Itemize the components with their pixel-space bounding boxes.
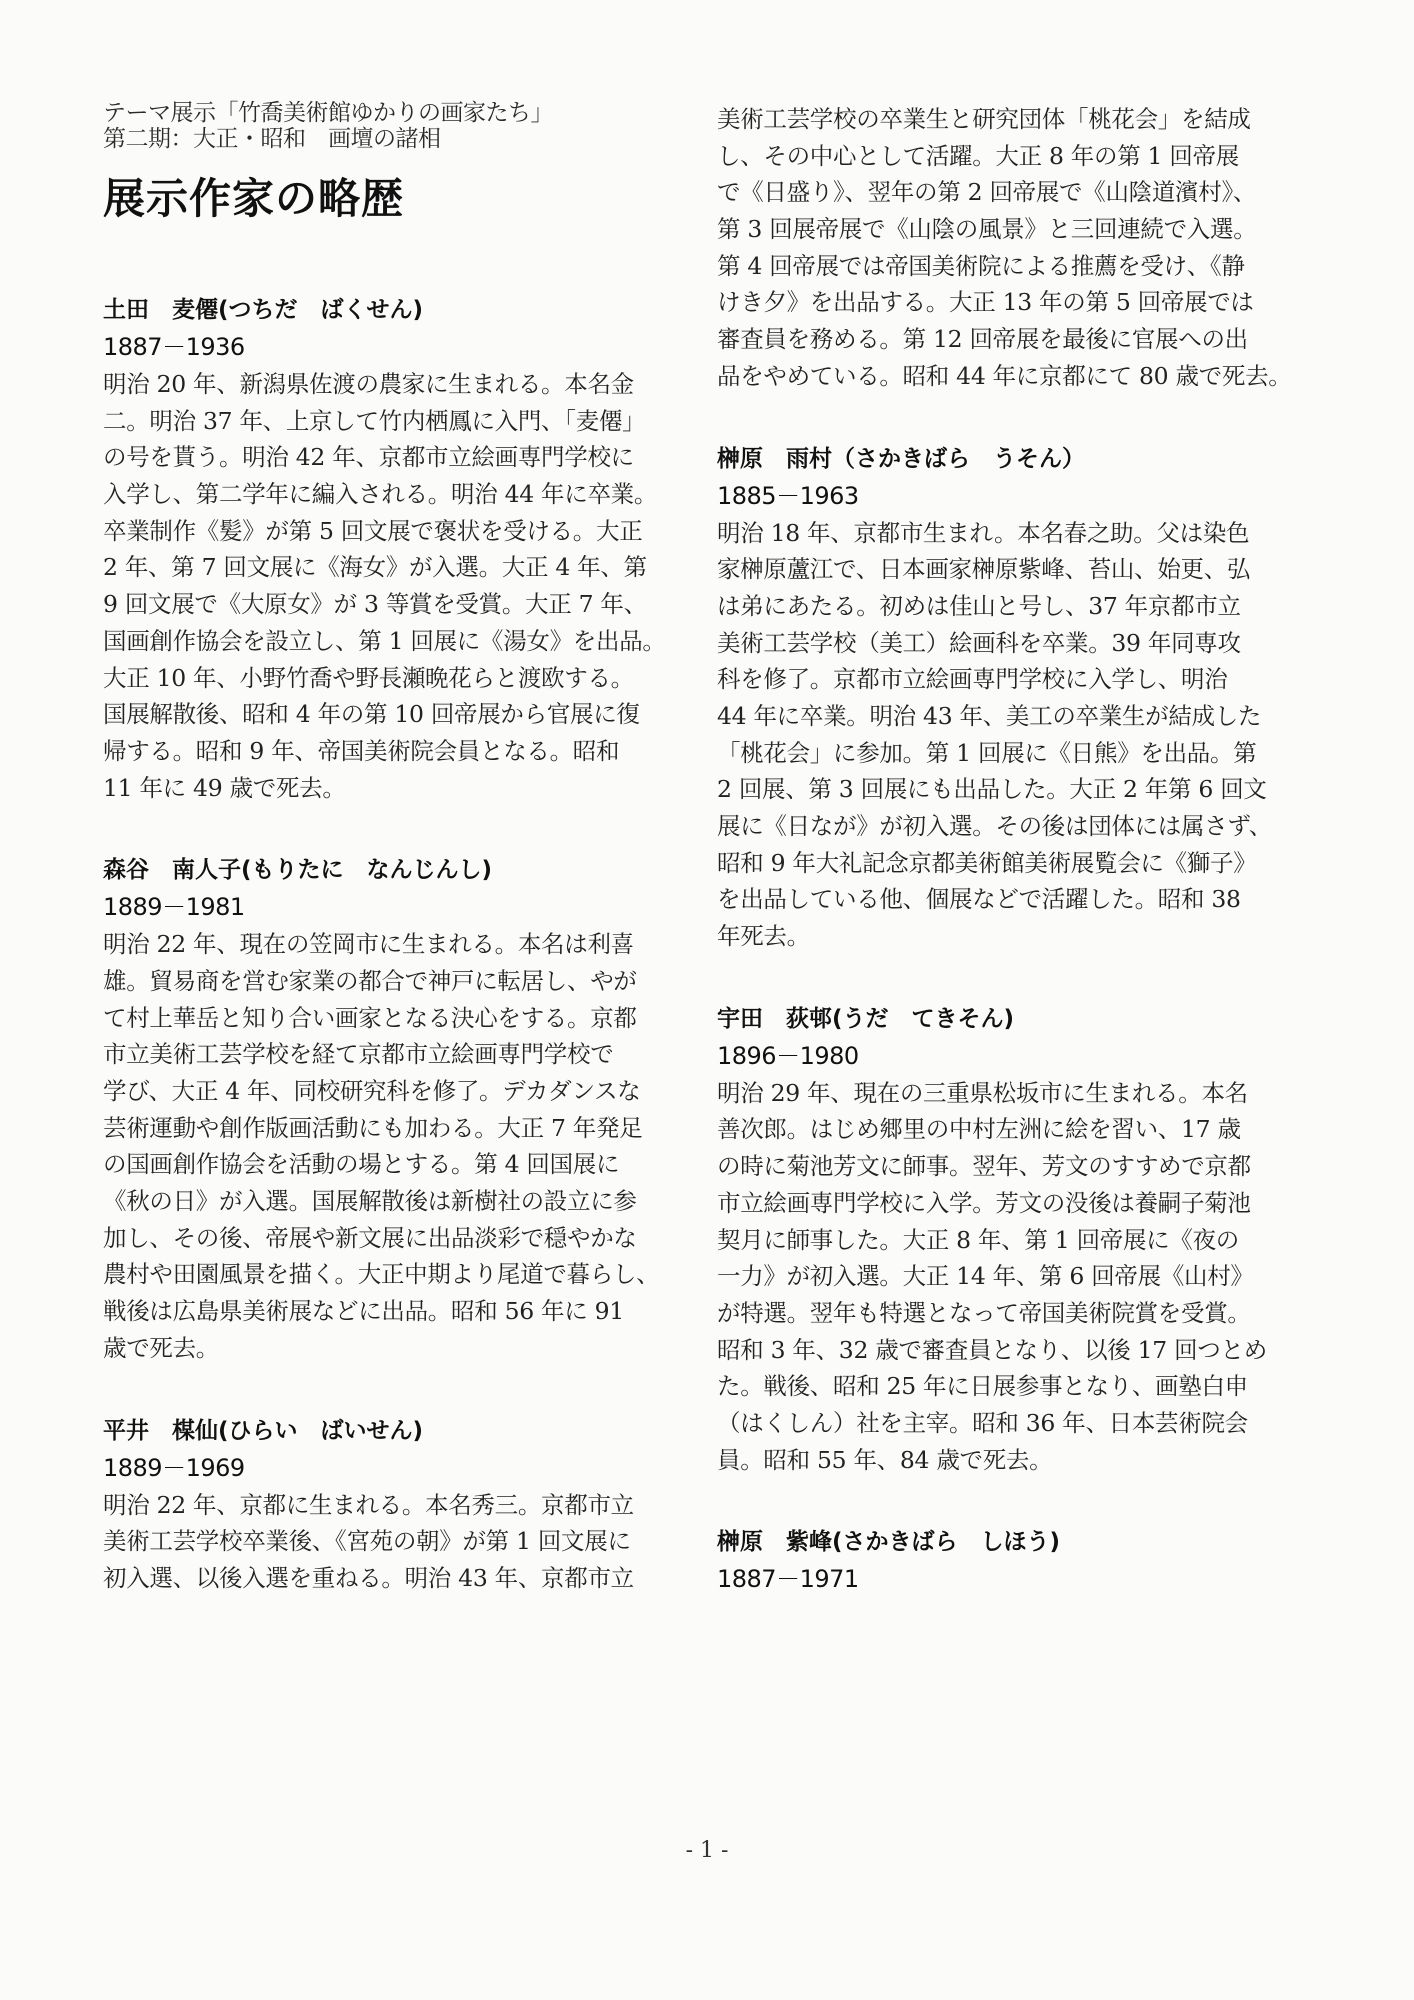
right-column: 美術工芸学校の卒業生と研究団体「桃花会」を結成 し、その中心として活躍。大正 8… [717,101,1317,1644]
artist-name: 平井 楳仙(ひらい ばいせん) [103,1413,703,1450]
bio-line: 家榊原蘆江で、日本画家榊原紫峰、苔山、始更、弘 [717,551,1317,588]
artist-bio: 明治 20 年、新潟県佐渡の農家に生まれる。本名金 二。明治 37 年、上京して… [103,366,703,806]
bio-line: 44 年に卒業。明治 43 年、美工の卒業生が結成した [717,698,1317,735]
bio-line: 帰する。昭和 9 年、帝国美術院会員となる。昭和 [103,733,703,770]
bio-line: 9 回文展で《大原女》が 3 等賞を受賞。大正 7 年、 [103,586,703,623]
bio-line: の国画創作協会を活動の場とする。第 4 回国展に [103,1146,703,1183]
bio-line: 11 年に 49 歳で死去。 [103,770,703,807]
artist-name: 宇田 荻邨(うだ てきそん) [717,1001,1317,1038]
artist-entry: 榊原 紫峰(さかきばら しほう) 1887－1971 [717,1524,1317,1598]
bio-line: 卒業制作《髪》が第 5 回文展で褒状を受ける。大正 [103,513,703,550]
bio-line: を出品している他、個展などで活躍した。昭和 38 [717,881,1317,918]
bio-line: 科を修了。京都市立絵画専門学校に入学し、明治 [717,661,1317,698]
bio-line: 市立美術工芸学校を経て京都市立絵画専門学校で [103,1036,703,1073]
artist-years: 1887－1936 [103,329,703,366]
bio-line: 大正 10 年、小野竹喬や野長瀬晩花らと渡欧する。 [103,660,703,697]
bio-line: 昭和 9 年大礼記念京都美術館美術展覧会に《獅子》 [717,845,1317,882]
bio-line: 戦後は広島県美術展などに出品。昭和 56 年に 91 [103,1293,703,1330]
artist-entry: 榊原 雨村（さかきばら うそん） 1885－1963 明治 18 年、京都市生ま… [717,441,1317,955]
artist-bio: 明治 18 年、京都市生まれ。本名春之助。父は染色 家榊原蘆江で、日本画家榊原紫… [717,515,1317,955]
artist-name: 森谷 南人子(もりたに なんじんし) [103,852,703,889]
left-column: 土田 麦僊(つちだ ばくせん) 1887－1936 明治 20 年、新潟県佐渡の… [103,292,703,1643]
bio-line: 明治 20 年、新潟県佐渡の農家に生まれる。本名金 [103,366,703,403]
bio-line: （はくしん）社を主宰。昭和 36 年、日本芸術院会 [717,1405,1317,1442]
artist-bio: 明治 22 年、京都に生まれる。本名秀三。京都市立 美術工芸学校卒業後、《宮苑の… [103,1487,703,1597]
bio-line: の時に菊池芳文に師事。翌年、芳文のすすめで京都 [717,1148,1317,1185]
bio-line: 昭和 3 年、32 歳で審査員となり、以後 17 回つとめ [717,1332,1317,1369]
bio-line: 市立絵画専門学校に入学。芳文の没後は養嗣子菊池 [717,1185,1317,1222]
bio-line: 歳で死去。 [103,1330,703,1367]
bio-line: が特選。翌年も特選となって帝国美術院賞を受賞。 [717,1295,1317,1332]
bio-line: 加し、その後、帝展や新文展に出品淡彩で穏やかな [103,1220,703,1257]
bio-line: 美術工芸学校（美工）絵画科を卒業。39 年同専攻 [717,625,1317,662]
artist-bio: 明治 29 年、現在の三重県松坂市に生まれる。本名 善次郎。はじめ郷里の中村左洲… [717,1075,1317,1479]
bio-line: た。戦後、昭和 25 年に日展参事となり、画塾白申 [717,1368,1317,1405]
bio-line: 明治 18 年、京都市生まれ。本名春之助。父は染色 [717,515,1317,552]
bio-line: 学び、大正 4 年、同校研究科を修了。デカダンスな [103,1073,703,1110]
bio-line: 善次郎。はじめ郷里の中村左洲に絵を習い、17 歳 [717,1111,1317,1148]
bio-line: 審査員を務める。第 12 回帝展を最後に官展への出 [717,321,1317,358]
bio-line: 芸術運動や創作版画活動にも加わる。大正 7 年発足 [103,1110,703,1147]
bio-line: 美術工芸学校卒業後、《宮苑の朝》が第 1 回文展に [103,1523,703,1560]
bio-line: で《日盛り》、翌年の第 2 回帝展で《山陰道濱村》、 [717,174,1317,211]
artist-entry: 森谷 南人子(もりたに なんじんし) 1889－1981 明治 22 年、現在の… [103,852,703,1366]
artist-name: 榊原 紫峰(さかきばら しほう) [717,1524,1317,1561]
document-page: テーマ展示「竹喬美術館ゆかりの画家たち」 第二期：大正・昭和 画壇の諸相 展示作… [0,0,1414,2000]
bio-line: し、その中心として活躍。大正 8 年の第 1 回帝展 [717,138,1317,175]
bio-line: 員。昭和 55 年、84 歳で死去。 [717,1442,1317,1479]
bio-line: 第 3 回展帝展で《山陰の風景》と三回連続で入選。 [717,211,1317,248]
artist-years: 1889－1981 [103,889,703,926]
bio-line: 《秋の日》が入選。国展解散後は新樹社の設立に参 [103,1183,703,1220]
bio-line: 明治 29 年、現在の三重県松坂市に生まれる。本名 [717,1075,1317,1112]
page-title: 展示作家の略歴 [103,174,703,224]
page-header: テーマ展示「竹喬美術館ゆかりの画家たち」 第二期：大正・昭和 画壇の諸相 展示作… [103,100,703,224]
artist-entry: 宇田 荻邨(うだ てきそん) 1896－1980 明治 29 年、現在の三重県松… [717,1001,1317,1479]
bio-line: て村上華岳と知り合い画家となる決心をする。京都 [103,1000,703,1037]
bio-line: 国展解散後、昭和 4 年の第 10 回帝展から官展に復 [103,696,703,733]
bio-line: 農村や田園風景を描く。大正中期より尾道で暮らし、 [103,1256,703,1293]
bio-line: 初入選、以後入選を重ねる。明治 43 年、京都市立 [103,1560,703,1597]
bio-line: 契月に師事した。大正 8 年、第 1 回帝展に《夜の [717,1222,1317,1259]
bio-line: 第 4 回帝展では帝国美術院による推薦を受け、《静 [717,248,1317,285]
bio-line: 展に《日なが》が初入選。その後は団体には属さず、 [717,808,1317,845]
bio-line: 一力》が初入選。大正 14 年、第 6 回帝展《山村》 [717,1258,1317,1295]
bio-line: 2 回展、第 3 回展にも出品した。大正 2 年第 6 回文 [717,771,1317,808]
bio-line: の号を貰う。明治 42 年、京都市立絵画専門学校に [103,439,703,476]
artist-entry: 平井 楳仙(ひらい ばいせん) 1889－1969 明治 22 年、京都に生まれ… [103,1413,703,1597]
artist-entry: 土田 麦僊(つちだ ばくせん) 1887－1936 明治 20 年、新潟県佐渡の… [103,292,703,806]
bio-line: 国画創作協会を設立し、第 1 回展に《湯女》を出品。 [103,623,703,660]
exhibition-title: テーマ展示「竹喬美術館ゆかりの画家たち」 [103,100,703,126]
bio-line: 年死去。 [717,918,1317,955]
artist-bio: 明治 22 年、現在の笠岡市に生まれる。本名は利喜 雄。貿易商を営む家業の都合で… [103,926,703,1366]
artist-years: 1889－1969 [103,1450,703,1487]
bio-line: 2 年、第 7 回文展に《海女》が入選。大正 4 年、第 [103,549,703,586]
bio-line: 「桃花会」に参加。第 1 回展に《日熊》を出品。第 [717,735,1317,772]
bio-line: 二。明治 37 年、上京して竹内栖鳳に入門、「麦僊」 [103,403,703,440]
bio-line: 明治 22 年、現在の笠岡市に生まれる。本名は利喜 [103,926,703,963]
artist-name: 榊原 雨村（さかきばら うそん） [717,441,1317,478]
artist-name: 土田 麦僊(つちだ ばくせん) [103,292,703,329]
exhibition-period: 第二期：大正・昭和 画壇の諸相 [103,126,703,152]
bio-line: 雄。貿易商を営む家業の都合で神戸に転居し、やが [103,963,703,1000]
artist-bio-continuation: 美術工芸学校の卒業生と研究団体「桃花会」を結成 し、その中心として活躍。大正 8… [717,101,1317,395]
page-number: - 1 - [0,1838,1414,1863]
bio-line: 品をやめている。昭和 44 年に京都にて 80 歳で死去。 [717,358,1317,395]
bio-line: 美術工芸学校の卒業生と研究団体「桃花会」を結成 [717,101,1317,138]
bio-line: 入学し、第二学年に編入される。明治 44 年に卒業。 [103,476,703,513]
artist-years: 1887－1971 [717,1561,1317,1598]
bio-line: 明治 22 年、京都に生まれる。本名秀三。京都市立 [103,1487,703,1524]
artist-years: 1885－1963 [717,478,1317,515]
bio-line: は弟にあたる。初めは佳山と号し、37 年京都市立 [717,588,1317,625]
artist-years: 1896－1980 [717,1038,1317,1075]
bio-line: けき夕》を出品する。大正 13 年の第 5 回帝展では [717,284,1317,321]
